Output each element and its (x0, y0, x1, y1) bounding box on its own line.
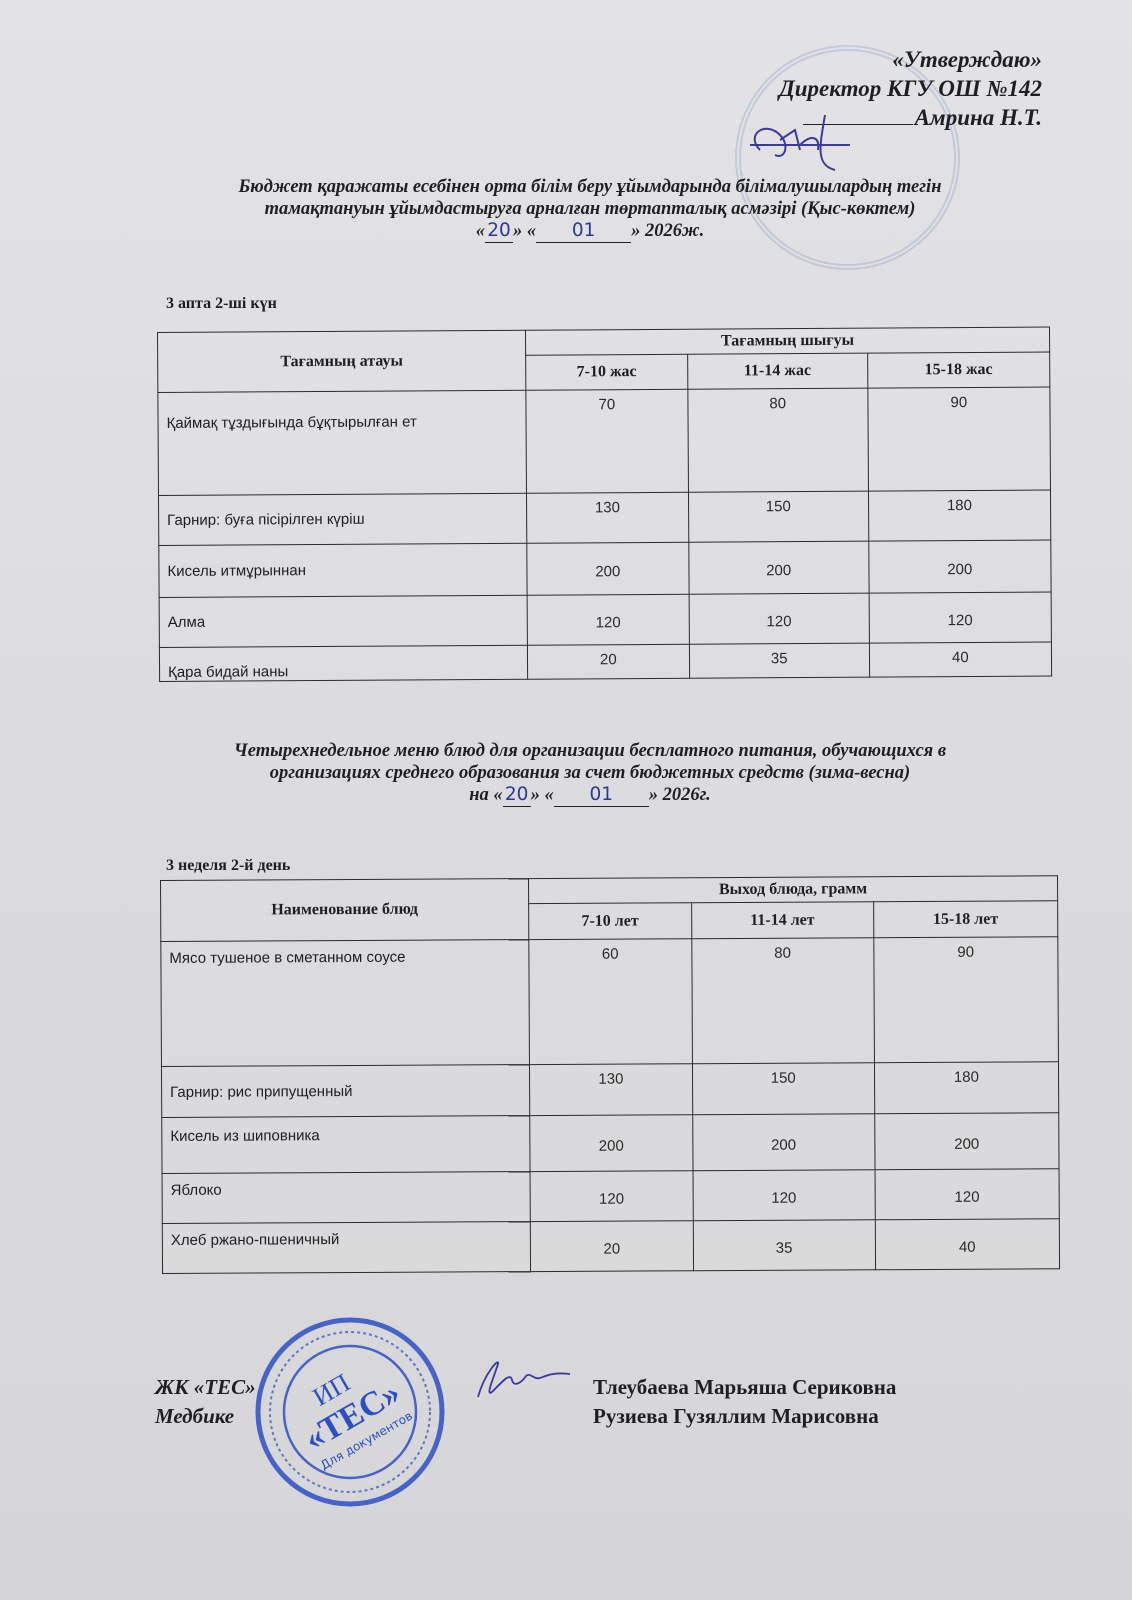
dish-value: 120 (527, 594, 689, 645)
dish-name: Кисель из шиповника (162, 1116, 530, 1174)
dish-value: 130 (526, 492, 688, 543)
ru-menu-title: Четырехнедельное меню блюд для организац… (140, 740, 1040, 807)
table-row: Кисель итмұрыннан 200 200 200 (159, 540, 1051, 597)
dish-value: 120 (689, 593, 869, 644)
dish-value: 90 (868, 387, 1051, 491)
dish-value: 40 (869, 642, 1051, 677)
dish-name: Кисель итмұрыннан (159, 543, 527, 597)
company-stamp-icon: ИП «ТЕС» Для документов (250, 1312, 450, 1512)
dish-value: 35 (689, 643, 869, 678)
kz-title-line-1: Бюджет қаражаты есебінен орта білім беру… (140, 176, 1040, 198)
kz-yield-header: Тағамның шығуы (525, 327, 1049, 355)
kz-menu-table: Тағамның атауы Тағамның шығуы 7-10 жас 1… (157, 327, 1052, 682)
kz-menu-title: Бюджет қаражаты есебінен орта білім беру… (140, 176, 1040, 243)
kz-age-header: 15-18 жас (867, 352, 1049, 388)
dish-value: 150 (692, 1063, 874, 1115)
kz-name-header: Тағамның атауы (158, 330, 526, 392)
ru-name-header: Наименование блюд (161, 879, 529, 942)
dish-value: 120 (875, 1169, 1060, 1220)
ru-menu-table: Наименование блюд Выход блюда, грамм 7-1… (160, 875, 1060, 1274)
dish-name: Қара бидай наны (159, 645, 527, 681)
footer-names: Тлеубаева Марьяша Сериковна Рузиева Гузя… (593, 1373, 896, 1431)
dish-value: 35 (693, 1220, 875, 1271)
kz-date-month: 01 (536, 220, 631, 243)
table-row: Гарнир: рис припущенный 130 150 180 (161, 1062, 1058, 1118)
dish-value: 150 (688, 491, 868, 542)
dish-value: 200 (874, 1113, 1059, 1170)
dish-name: Мясо тушеное в сметанном соусе (161, 940, 530, 1067)
table-row: Кисель из шиповника 200 200 200 (162, 1113, 1059, 1174)
dish-value: 70 (526, 389, 688, 493)
dish-value: 40 (875, 1219, 1060, 1270)
ru-age-header: 7-10 лет (529, 903, 692, 940)
ru-yield-header: Выход блюда, грамм (528, 876, 1057, 904)
approver-name: Амрина Н.Т. (915, 105, 1042, 130)
dish-name: Хлеб ржано-пшеничный (162, 1222, 530, 1274)
dish-value: 60 (529, 939, 692, 1065)
table-row: Қара бидай наны 20 35 40 (159, 642, 1051, 681)
table-row: Қаймақ тұздығында бұқтырылған ет 70 80 9… (158, 387, 1051, 495)
dish-name: Гарнир: рис припущенный (161, 1065, 529, 1118)
kz-age-header: 11-14 жас (687, 353, 867, 389)
dish-value: 80 (692, 938, 875, 1064)
dish-value: 130 (529, 1064, 692, 1116)
dish-value: 180 (874, 1062, 1059, 1114)
director-signature-icon (740, 105, 870, 175)
kz-date-prefix: « (476, 221, 485, 241)
ru-date-prefix: на « (469, 785, 502, 805)
dish-value: 200 (869, 540, 1052, 593)
dish-name: Гарнир: буға пісірілген күріш (158, 493, 526, 545)
kz-age-header: 7-10 жас (526, 354, 688, 390)
person-1-name: Тлеубаева Марьяша Сериковна (593, 1373, 896, 1402)
dish-name: Алма (159, 595, 527, 647)
kz-date-mid: » « (513, 221, 536, 241)
dish-value: 200 (692, 1114, 874, 1171)
org-label: ЖК «ТЕС» (155, 1373, 256, 1402)
dish-value: 120 (693, 1170, 875, 1221)
table-row: Хлеб ржано-пшеничный 20 35 40 (162, 1219, 1059, 1274)
ru-age-header: 11-14 лет (691, 902, 873, 939)
ru-title-line-2: организациях среднего образования за сче… (140, 762, 1040, 784)
kz-day-subheading: 3 апта 2-ші күн (166, 295, 277, 313)
ru-date-day: 20 (503, 784, 531, 807)
dish-value: 200 (530, 1115, 693, 1172)
dish-name: Яблоко (162, 1172, 530, 1224)
kz-date-line: «20» «01» 2026ж. (140, 220, 1040, 243)
dish-name: Қаймақ тұздығында бұқтырылған ет (158, 390, 527, 495)
ru-date-year: » 2026г. (649, 785, 711, 805)
dish-value: 180 (868, 490, 1051, 541)
role-label: Медбике (155, 1402, 256, 1431)
dish-value: 20 (530, 1221, 693, 1272)
table-row: Яблоко 120 120 120 (162, 1169, 1059, 1224)
approval-heading: «Утверждаю» (703, 45, 1042, 74)
ru-date-line: на «20» «01» 2026г. (140, 784, 1040, 807)
ru-day-subheading: 3 неделя 2-й день (166, 857, 290, 875)
table-row: Гарнир: буға пісірілген күріш 130 150 18… (158, 490, 1050, 545)
ru-title-line-1: Четырехнедельное меню блюд для организац… (140, 740, 1040, 762)
dish-value: 80 (688, 388, 869, 492)
ru-age-header: 15-18 лет (873, 901, 1058, 938)
dish-value: 200 (527, 542, 689, 595)
kz-date-year: » 2026ж. (631, 221, 704, 241)
dish-value: 20 (527, 644, 689, 679)
footer-labels: ЖК «ТЕС» Медбике (155, 1373, 256, 1431)
ru-date-mid: » « (531, 785, 554, 805)
medic-signature-icon (470, 1352, 580, 1402)
dish-value: 120 (530, 1171, 693, 1222)
table-row: Мясо тушеное в сметанном соусе 60 80 90 (161, 937, 1059, 1067)
ru-date-month: 01 (554, 784, 649, 807)
dish-value: 90 (873, 937, 1058, 1063)
document-page: «Утверждаю» Директор КГУ ОШ №142 Амрина … (0, 0, 1132, 1600)
dish-value: 120 (869, 592, 1052, 643)
kz-date-day: 20 (485, 220, 513, 243)
kz-title-line-2: тамақтануын ұйымдастыруға арналған төрта… (140, 198, 1040, 220)
approval-position: Директор КГУ ОШ №142 (703, 74, 1042, 103)
dish-value: 200 (689, 541, 869, 594)
person-2-name: Рузиева Гузяллим Марисовна (593, 1402, 896, 1431)
table-row: Алма 120 120 120 (159, 592, 1051, 647)
